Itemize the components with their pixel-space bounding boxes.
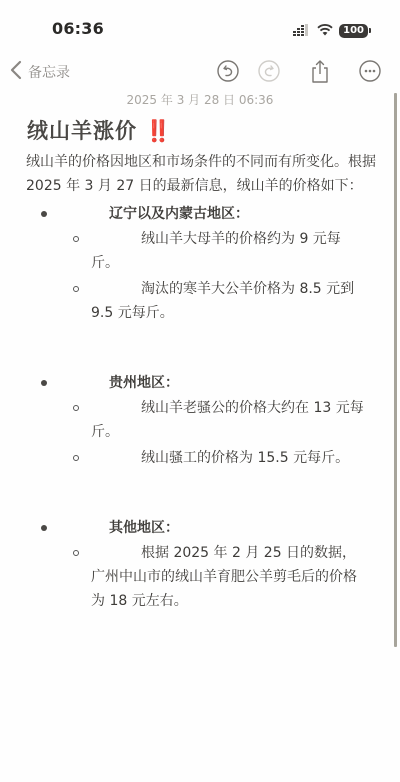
nav-bar: 备忘录 — [0, 56, 400, 88]
redo-icon[interactable] — [257, 59, 281, 83]
bullet-dot-icon — [41, 525, 47, 531]
bullet-dot-icon — [41, 380, 47, 386]
more-icon[interactable] — [358, 59, 382, 83]
status-bar: 06:36 100 — [0, 0, 400, 50]
sub-list-item: 根据 2025 年 2 月 25 日的数据，广州中山市的绒山羊育肥公羊剪毛后的价… — [27, 541, 365, 613]
battery-icon: 100 — [339, 24, 368, 38]
note-date: 2025 年 3 月 28 日 06:36 — [0, 91, 400, 108]
hollow-bullet-icon — [73, 405, 79, 411]
section-heading: 贵州地区： — [27, 371, 375, 395]
bullet-item: 其他地区： — [27, 516, 375, 540]
sub-item-text: 绒山羊老骚公的价格大约在 13 元每斤。 — [91, 400, 364, 440]
section-liaoning: 辽宁以及内蒙古地区： 绒山羊大母羊的价格约为 9 元每斤。 淘汰的寒羊大公羊价格… — [27, 202, 375, 325]
section-heading: 辽宁以及内蒙古地区： — [27, 202, 375, 226]
undo-icon[interactable] — [216, 59, 240, 83]
sub-list-item: 绒山羊大母羊的价格约为 9 元每斤。 — [27, 227, 365, 275]
status-time: 06:36 — [52, 19, 104, 38]
bullet-item: 贵州地区： — [27, 371, 375, 395]
sub-list-item: 绒山骚工的价格为 15.5 元每斤。 — [27, 446, 365, 470]
bullet-item: 辽宁以及内蒙古地区： — [27, 202, 375, 226]
section-guizhou: 贵州地区： 绒山羊老骚公的价格大约在 13 元每斤。 绒山骚工的价格为 15.5… — [27, 371, 375, 470]
chevron-left-icon — [10, 60, 22, 84]
sub-item-text: 绒山骚工的价格为 15.5 元每斤。 — [141, 450, 349, 466]
scrollbar[interactable] — [394, 93, 397, 647]
sub-list-item: 淘汰的寒羊大公羊价格为 8.5 元到 9.5 元每斤。 — [27, 277, 365, 325]
wifi-icon — [317, 21, 333, 40]
note-title: 绒山羊涨价 ‼️ — [27, 116, 375, 146]
sub-item-text: 淘汰的寒羊大公羊价格为 8.5 元到 9.5 元每斤。 — [91, 281, 354, 321]
note-intro: 绒山羊的价格因地区和市场条件的不同而有所变化。根据 2025 年 3 月 27 … — [26, 150, 376, 198]
hollow-bullet-icon — [73, 236, 79, 242]
status-indicators: 100 — [293, 21, 368, 40]
hollow-bullet-icon — [73, 550, 79, 556]
section-heading: 其他地区： — [27, 516, 375, 540]
sub-item-text: 根据 2025 年 2 月 25 日的数据，广州中山市的绒山羊育肥公羊剪毛后的价… — [91, 545, 357, 609]
sub-list-item: 绒山羊老骚公的价格大约在 13 元每斤。 — [27, 396, 365, 444]
back-label: 备忘录 — [28, 62, 70, 82]
signal-icon — [293, 21, 311, 40]
hollow-bullet-icon — [73, 455, 79, 461]
note-body[interactable]: 绒山羊涨价 ‼️ 绒山羊的价格因地区和市场条件的不同而有所变化。根据 2025 … — [27, 116, 375, 613]
sub-item-text: 绒山羊大母羊的价格约为 9 元每斤。 — [91, 231, 341, 271]
back-button[interactable]: 备忘录 — [10, 60, 70, 84]
section-other: 其他地区： 根据 2025 年 2 月 25 日的数据，广州中山市的绒山羊育肥公… — [27, 516, 375, 613]
share-icon[interactable] — [308, 59, 332, 83]
bullet-dot-icon — [41, 211, 47, 217]
hollow-bullet-icon — [73, 286, 79, 292]
